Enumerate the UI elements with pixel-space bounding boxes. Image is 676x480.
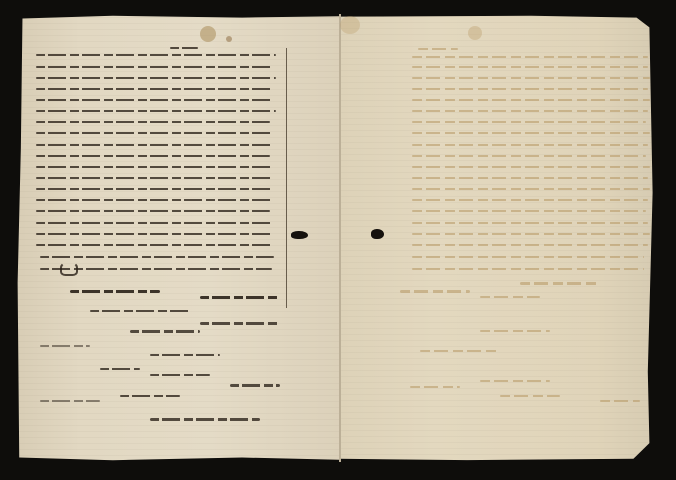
stain (226, 36, 232, 42)
stain (200, 26, 216, 42)
stain (468, 26, 482, 40)
page-fold (339, 14, 341, 462)
right-page (339, 14, 659, 461)
stain (340, 16, 360, 34)
ruled-texture (339, 14, 659, 461)
ink-blot (371, 229, 384, 239)
margin-line (286, 48, 287, 308)
ink-blot (291, 231, 308, 239)
